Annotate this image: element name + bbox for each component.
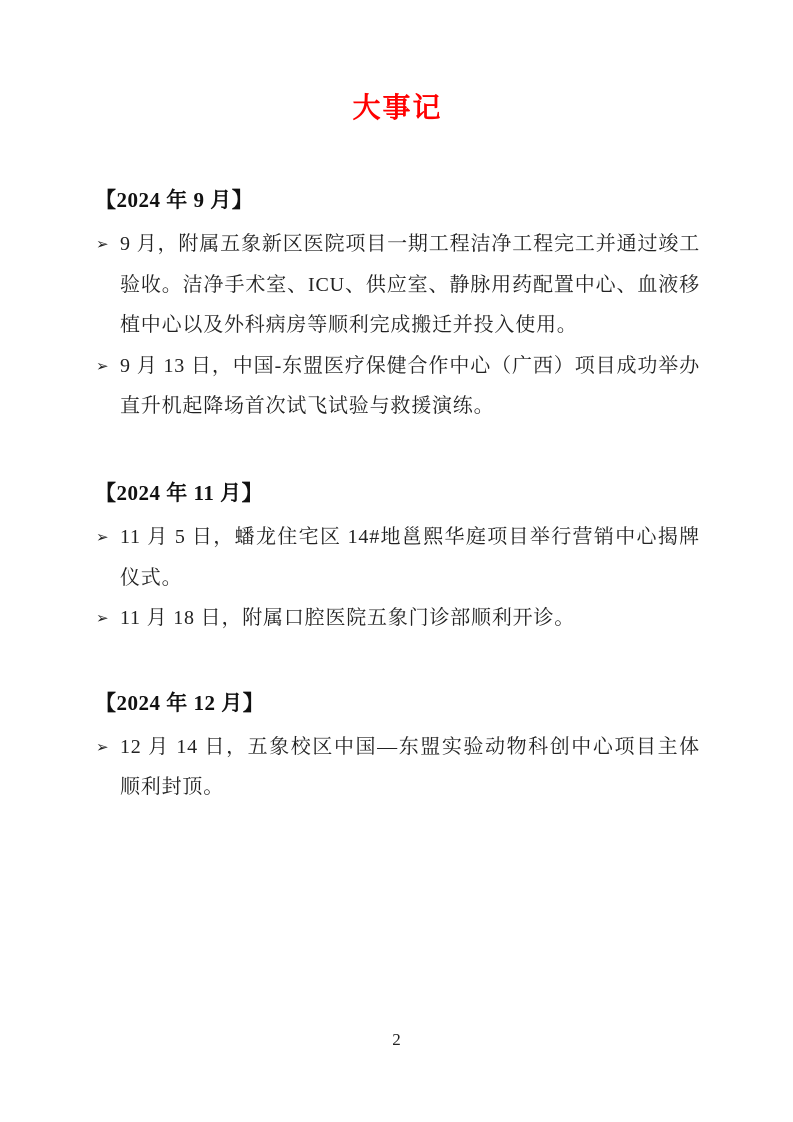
event-item: ➢ 11 月 5 日，蟠龙住宅区 14#地邕熙华庭项目举行营销中心揭牌仪式。 [95,517,700,598]
document-page: 大事记 【2024 年 9 月】 ➢ 9 月，附属五象新区医院项目一期工程洁净工… [0,0,793,1122]
arrow-bullet-icon: ➢ [96,727,109,768]
section-heading: 【2024 年 11 月】 [95,481,700,505]
event-text: 11 月 18 日，附属口腔医院五象门诊部顺利开诊。 [120,607,575,629]
event-text: 9 月 13 日，中国-东盟医疗保健合作中心（广西）项目成功举办直升机起降场首次… [120,355,700,418]
arrow-bullet-icon: ➢ [96,346,109,387]
event-item: ➢ 9 月 13 日，中国-东盟医疗保健合作中心（广西）项目成功举办直升机起降场… [95,346,700,427]
event-text: 11 月 5 日，蟠龙住宅区 14#地邕熙华庭项目举行营销中心揭牌仪式。 [120,526,700,589]
page-title: 大事记 [95,92,700,126]
section-heading: 【2024 年 9 月】 [95,188,700,212]
event-item: ➢ 11 月 18 日，附属口腔医院五象门诊部顺利开诊。 [95,598,700,639]
event-text: 9 月，附属五象新区医院项目一期工程洁净工程完工并通过竣工验收。洁净手术室、IC… [120,233,700,336]
arrow-bullet-icon: ➢ [96,598,109,639]
section-2024-11: 【2024 年 11 月】 ➢ 11 月 5 日，蟠龙住宅区 14#地邕熙华庭项… [95,481,700,639]
event-text: 12 月 14 日，五象校区中国—东盟实验动物科创中心项目主体顺利封顶。 [120,736,700,799]
page-number: 2 [0,1030,793,1050]
event-item: ➢ 9 月，附属五象新区医院项目一期工程洁净工程完工并通过竣工验收。洁净手术室、… [95,224,700,346]
section-2024-09: 【2024 年 9 月】 ➢ 9 月，附属五象新区医院项目一期工程洁净工程完工并… [95,188,700,427]
arrow-bullet-icon: ➢ [96,224,109,265]
section-heading: 【2024 年 12 月】 [95,691,700,715]
arrow-bullet-icon: ➢ [96,517,109,558]
section-2024-12: 【2024 年 12 月】 ➢ 12 月 14 日，五象校区中国—东盟实验动物科… [95,691,700,808]
event-item: ➢ 12 月 14 日，五象校区中国—东盟实验动物科创中心项目主体顺利封顶。 [95,727,700,808]
